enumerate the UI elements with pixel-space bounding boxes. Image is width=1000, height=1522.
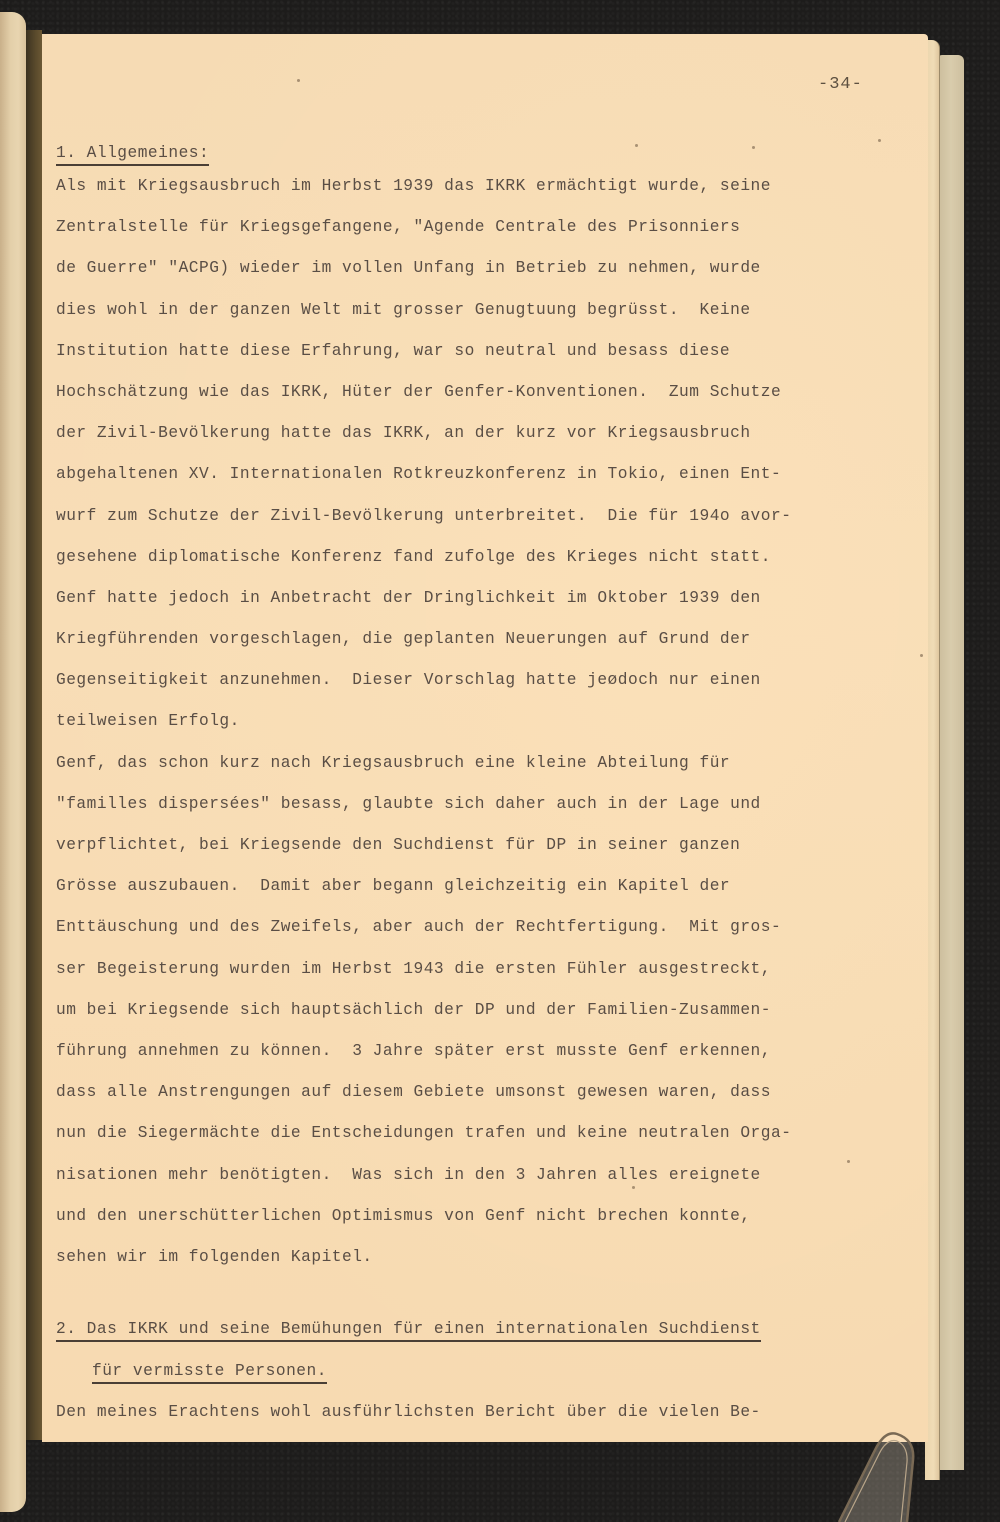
section-1-heading: 1. Allgemeines:: [56, 145, 209, 166]
text-line: Enttäuschung und des Zweifels, aber auch…: [56, 907, 791, 948]
text-line: Genf hatte jedoch in Anbetracht der Drin…: [56, 578, 791, 619]
paper-speck: [635, 144, 638, 147]
text-line: sehen wir im folgenden Kapitel.: [56, 1237, 791, 1278]
text-line: Hochschätzung wie das IKRK, Hüter der Ge…: [56, 372, 791, 413]
section-2-text: Den meines Erachtens wohl ausführlichste…: [56, 1392, 761, 1433]
text-line: abgehaltenen XV. Internationalen Rotkreu…: [56, 454, 791, 495]
paper-speck: [847, 1160, 850, 1163]
text-line: "familles dispersées" besass, glaubte si…: [56, 784, 791, 825]
text-line: führung annehmen zu können. 3 Jahre spät…: [56, 1031, 791, 1072]
text-line: Den meines Erachtens wohl ausführlichste…: [56, 1392, 761, 1433]
text-line: nisationen mehr benötigten. Was sich in …: [56, 1155, 791, 1196]
text-line: Zentralstelle für Kriegsgefangene, "Agen…: [56, 207, 791, 248]
text-line: teilweisen Erfolg.: [56, 701, 791, 742]
paper-speck: [920, 654, 923, 657]
text-line: Grösse auszubauen. Damit aber begann gle…: [56, 866, 791, 907]
paper-clip-icon: [835, 1380, 925, 1522]
text-line: Als mit Kriegsausbruch im Herbst 1939 da…: [56, 166, 791, 207]
text-line: wurf zum Schutze der Zivil-Bevölkerung u…: [56, 496, 791, 537]
text-line: der Zivil-Bevölkerung hatte das IKRK, an…: [56, 413, 791, 454]
text-line: nun die Siegermächte die Entscheidungen …: [56, 1113, 791, 1154]
text-line: ser Begeisterung wurden im Herbst 1943 d…: [56, 949, 791, 990]
page-number: -34-: [818, 75, 863, 94]
text-line: Kriegführenden vorgeschlagen, die geplan…: [56, 619, 791, 660]
section-2-heading-row-1: 2. Das IKRK und seine Bemühungen für ein…: [56, 1320, 761, 1342]
paper-speck: [878, 139, 881, 142]
page-stack-edge: [938, 55, 964, 1470]
section-2-heading-line-1: 2. Das IKRK und seine Bemühungen für ein…: [56, 1321, 761, 1342]
section-1-heading-row: 1. Allgemeines:: [56, 144, 209, 166]
paper-speck: [297, 79, 300, 82]
text-line: dass alle Anstrengungen auf diesem Gebie…: [56, 1072, 791, 1113]
text-line: gesehene diplomatische Konferenz fand zu…: [56, 537, 791, 578]
section-2-heading-line-2: für vermisste Personen.: [92, 1363, 327, 1384]
section-1-text: Als mit Kriegsausbruch im Herbst 1939 da…: [56, 166, 791, 1278]
text-line: um bei Kriegsende sich hauptsächlich der…: [56, 990, 791, 1031]
binding-gutter: [26, 30, 42, 1440]
adjacent-page-edge: [0, 12, 26, 1512]
paper-speck: [752, 146, 755, 149]
text-line: Genf, das schon kurz nach Kriegsausbruch…: [56, 743, 791, 784]
text-line: de Guerre" "ACPG) wieder im vollen Unfan…: [56, 248, 791, 289]
text-line: Gegenseitigkeit anzunehmen. Dieser Vorsc…: [56, 660, 791, 701]
text-line: Institution hatte diese Erfahrung, war s…: [56, 331, 791, 372]
text-line: dies wohl in der ganzen Welt mit grosser…: [56, 290, 791, 331]
text-line: verpflichtet, bei Kriegsende den Suchdie…: [56, 825, 791, 866]
section-2-heading-row-2: für vermisste Personen.: [92, 1362, 327, 1384]
text-line: und den unerschütterlichen Optimismus vo…: [56, 1196, 791, 1237]
